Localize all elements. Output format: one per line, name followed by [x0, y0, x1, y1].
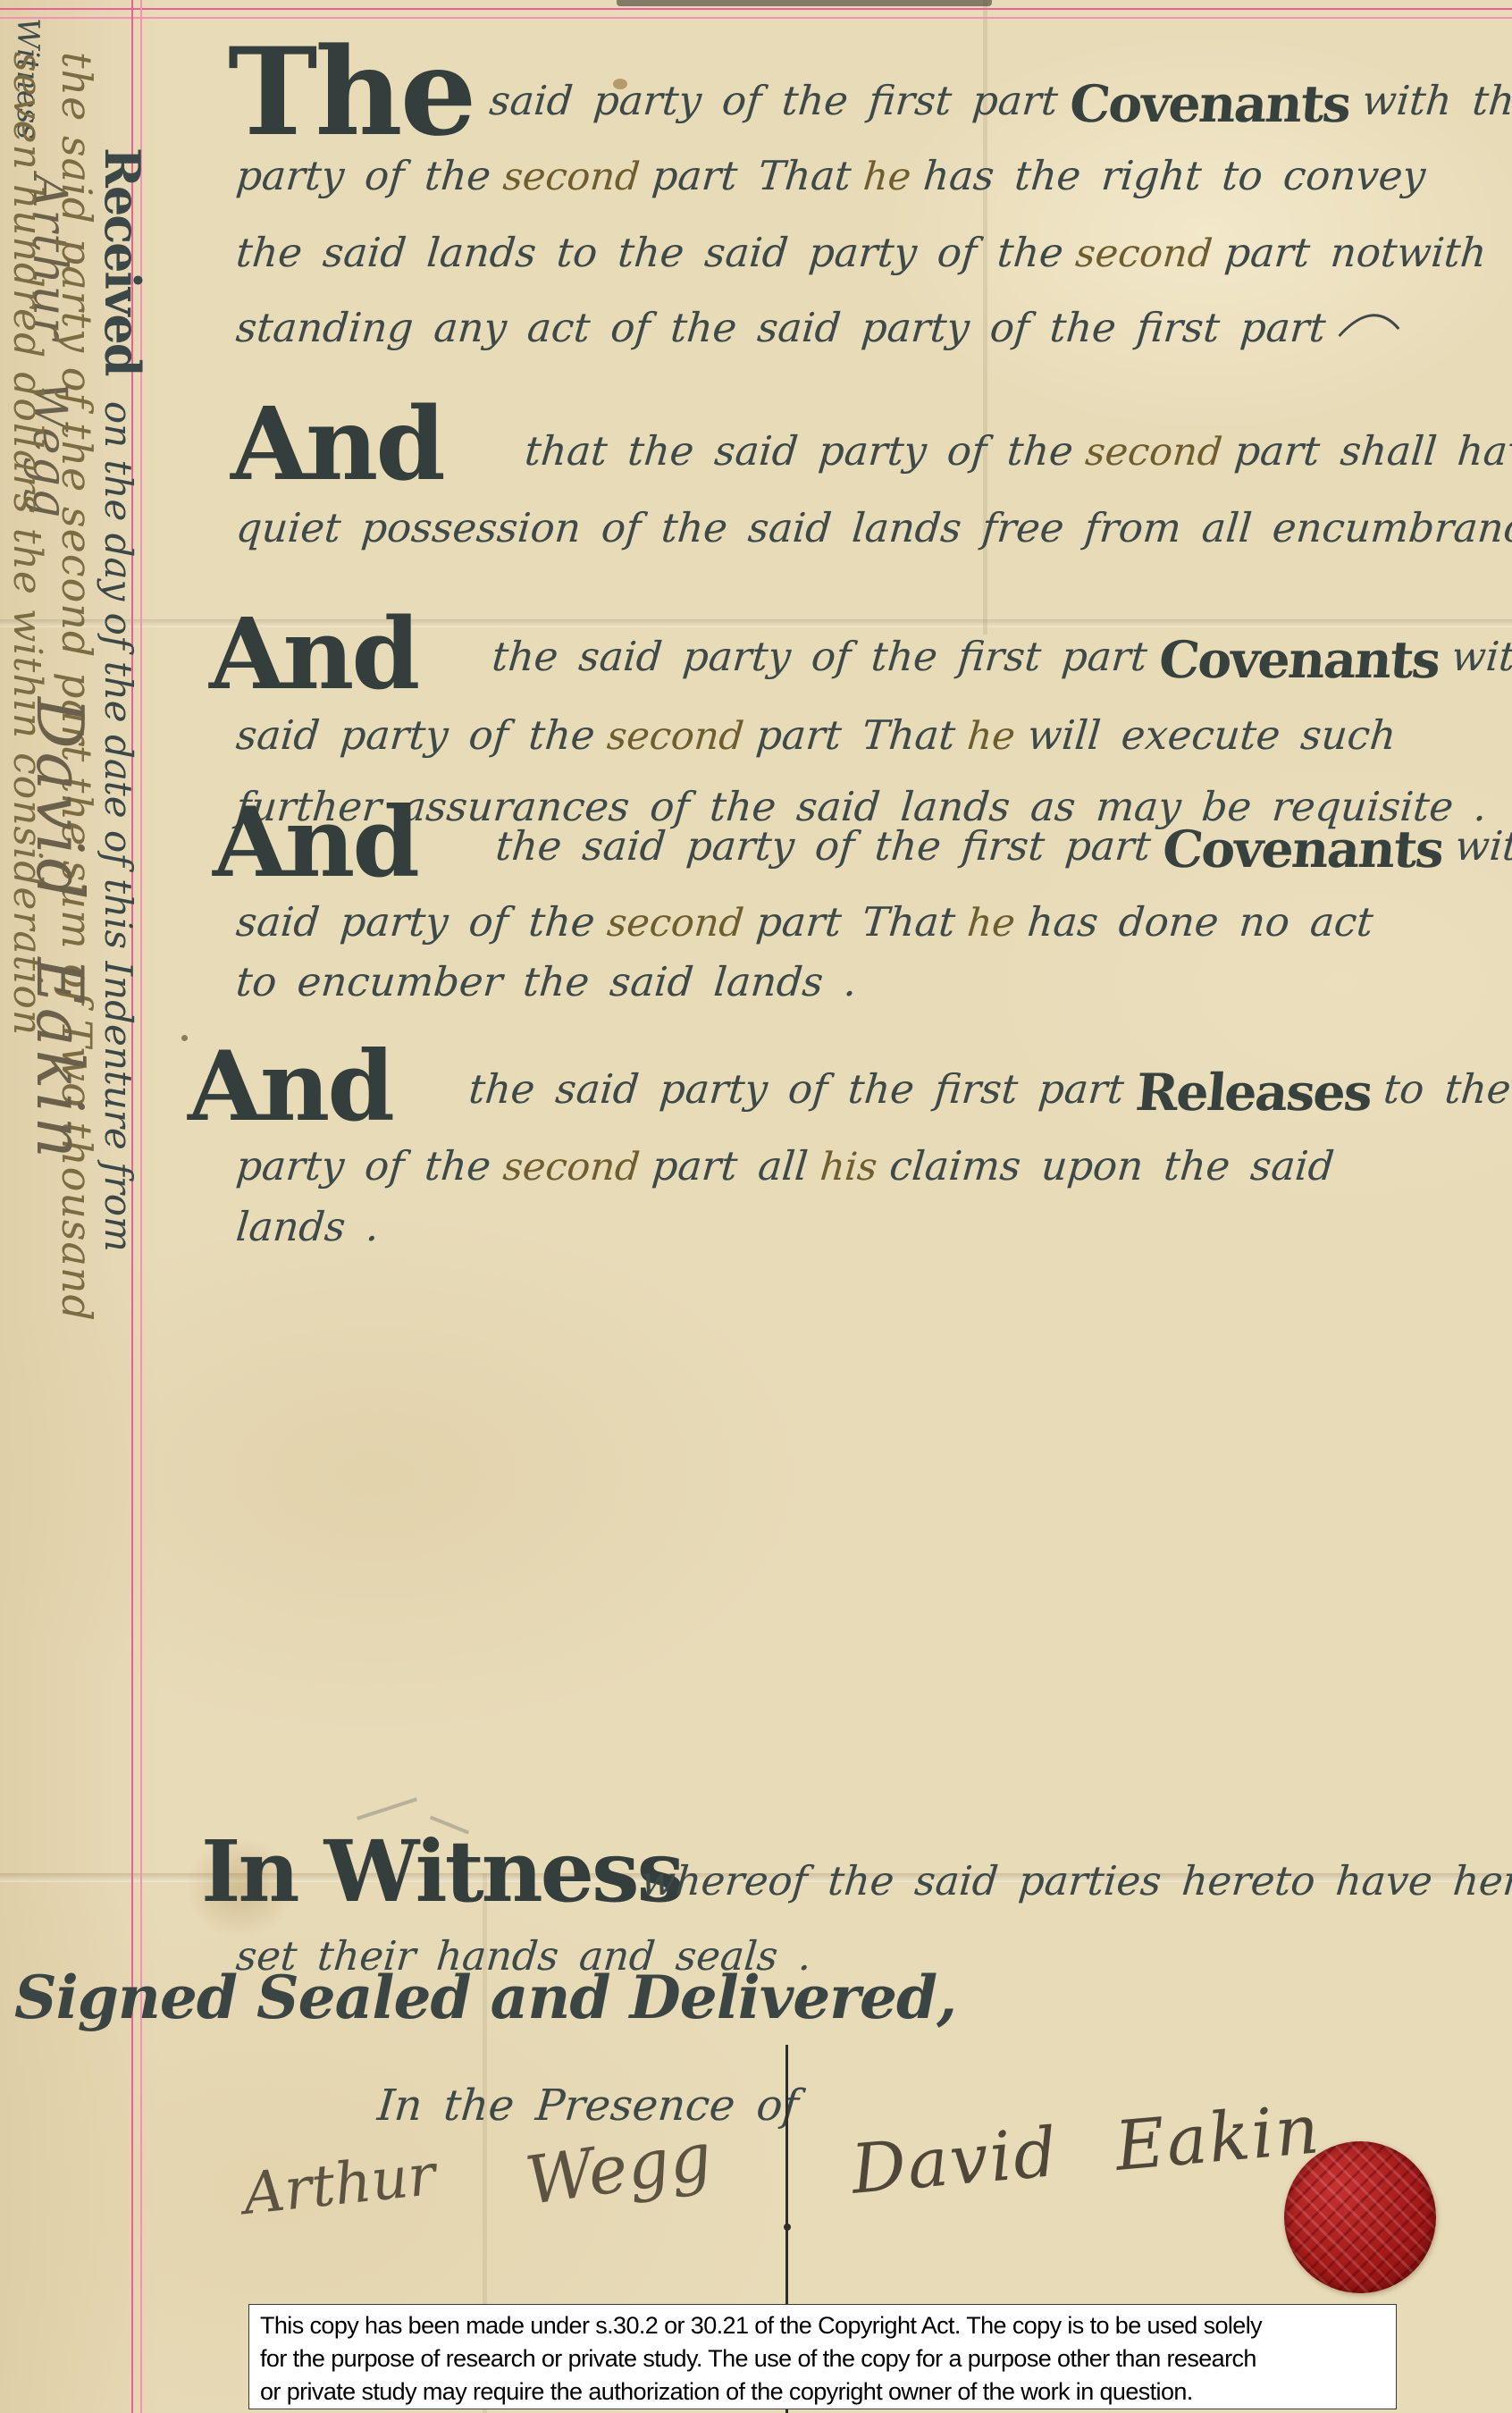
margin-receipt-signature-text: David Eakin — [22, 697, 97, 1162]
deed-text: quiet possession of the said lands free … — [234, 504, 1512, 551]
deed-text: with the said — [1360, 77, 1512, 124]
deed-text: part all — [651, 1142, 811, 1190]
deed-line-p5l1: the said party of the first partReleases… — [466, 1065, 1512, 1118]
ink-smudge-1 — [357, 1797, 417, 1820]
received-gothic-word: Received — [94, 147, 151, 374]
deed-text: the said party of the first part — [494, 822, 1153, 870]
gothic-keyword-covenants: Covenants — [1067, 74, 1352, 134]
deed-line-p1l3: the said lands to the said party of thes… — [234, 229, 1501, 278]
deed-text: party of the — [234, 152, 492, 199]
deed-text: part shall have — [1232, 427, 1512, 475]
gothic-in-witness: In Witness — [201, 1834, 682, 1911]
handwritten-infill: his — [819, 1145, 879, 1190]
deed-text: to encumber the said lands . — [234, 958, 859, 1005]
handwritten-infill: second — [501, 1145, 642, 1190]
margin-receipt-script-text: on the day of the date of this Indenture… — [97, 401, 140, 1252]
gothic-keyword-covenants: Covenants — [1160, 820, 1445, 879]
deed-text: part notwith — [1222, 229, 1488, 276]
red-wax-seal — [1284, 2141, 1436, 2293]
deed-text: with the — [1453, 822, 1512, 870]
ink-dot — [784, 2224, 791, 2231]
handwritten-infill: he — [965, 714, 1017, 759]
witness-signature-first-name: Arthur — [240, 2142, 439, 2228]
deed-text: the said lands to the said party of the — [234, 229, 1065, 276]
copyright-line-1: This copy has been made under s.30.2 or … — [260, 2309, 1396, 2342]
deed-text: In the Presence of — [375, 2081, 801, 2131]
deed-line-p4l1: the said party of the first partCovenant… — [493, 822, 1512, 875]
deed-text: has done no act — [1026, 898, 1375, 946]
handwritten-infill: he — [861, 155, 913, 199]
witness-signature-last-name: Wegg — [521, 2118, 717, 2220]
deed-text: whereof the said parties hereto have her… — [639, 1857, 1512, 1904]
gothic-initial-the: The — [228, 38, 475, 147]
deed-text: with the — [1449, 633, 1512, 680]
handwritten-infill: second — [501, 155, 642, 199]
deed-text: part That — [754, 898, 957, 946]
deed-line-p1l4: standing any act of the said party of th… — [234, 304, 1417, 352]
deed-line-p1l2: party of thesecondpart Thathehas the rig… — [234, 152, 1440, 201]
handwritten-infill: second — [605, 714, 745, 759]
deed-line-p5l2: party of thesecondpart allhisclaims upon… — [234, 1142, 1348, 1191]
deed-text: part That — [754, 711, 957, 759]
paper-speck — [181, 1035, 188, 1041]
top-margin-rule-1 — [0, 8, 1512, 10]
deed-text: part That — [651, 152, 853, 199]
deed-line-p2l2: quiet possession of the said lands free … — [234, 504, 1512, 552]
deed-text: has the right to convey — [921, 152, 1427, 199]
gothic-initial-and-1: And — [231, 400, 443, 491]
deed-line-p4l2: said party of thesecondpart Thathehas do… — [234, 898, 1388, 947]
gothic-initial-and-4: And — [188, 1044, 392, 1131]
deed-line-p3l1: the said party of the first partCovenant… — [490, 633, 1512, 685]
deed-line-p4l3: to encumber the said lands . — [234, 958, 871, 1006]
deed-text: said party of the — [234, 711, 597, 759]
deed-text: said party of the first part — [488, 77, 1060, 124]
margin-receipt-signature: David Eakin — [22, 697, 97, 1291]
deed-text: the said party of the first part — [467, 1065, 1126, 1113]
deed-text: that the said party of the — [523, 427, 1075, 475]
handwritten-infill: second — [1084, 430, 1224, 475]
pen-flourish — [1336, 304, 1405, 351]
presence-of-line: In the Presence of — [375, 2081, 813, 2132]
gothic-keyword-covenants: Covenants — [1156, 630, 1441, 690]
gothic-initial-and-2: And — [209, 610, 417, 698]
deed-text: the said party of the first part — [491, 633, 1149, 680]
deed-line-p5l3: lands . — [234, 1203, 393, 1251]
deed-text: to the said — [1382, 1065, 1512, 1113]
grantor-signature: David Eakin — [848, 2089, 1323, 2209]
deed-text: lands . — [234, 1203, 381, 1250]
deed-document-page: Witness Arthur Wegg Received on the day … — [0, 0, 1512, 2413]
deed-text: standing any act of the said party of th… — [234, 304, 1328, 351]
deed-line-p3l2: said party of thesecondpart Thathewill e… — [234, 711, 1410, 761]
copyright-notice-box: This copy has been made under s.30.2 or … — [248, 2304, 1397, 2409]
margin-receipt-line1: Received on the day of the date of this … — [95, 147, 150, 1229]
copyright-line-2: for the purpose of research or private s… — [260, 2342, 1396, 2375]
deed-text: will execute such — [1026, 711, 1399, 759]
gothic-keyword-releases: Releases — [1133, 1063, 1373, 1122]
deed-text: said party of the — [234, 898, 597, 946]
copyright-line-3: or private study may require the authori… — [260, 2375, 1396, 2409]
gothic-initial-and-3: And — [213, 800, 417, 887]
deed-text: party of the — [234, 1142, 492, 1190]
handwritten-infill: second — [605, 901, 745, 946]
deed-text: claims upon the said — [887, 1142, 1336, 1190]
deed-line-p1l1: said party of the first partCovenantswit… — [487, 77, 1512, 130]
deed-line-p2l1: that the said party of thesecondpart sha… — [523, 427, 1512, 476]
handwritten-infill: he — [965, 901, 1017, 946]
signed-sealed-delivered: Signed Sealed and Delivered, — [14, 1972, 956, 2024]
deed-line-in-witness: whereof the said parties hereto have her… — [639, 1857, 1512, 1905]
scan-edge-gap — [617, 0, 992, 6]
handwritten-infill: second — [1074, 231, 1214, 276]
top-margin-rule-2 — [0, 17, 1512, 19]
